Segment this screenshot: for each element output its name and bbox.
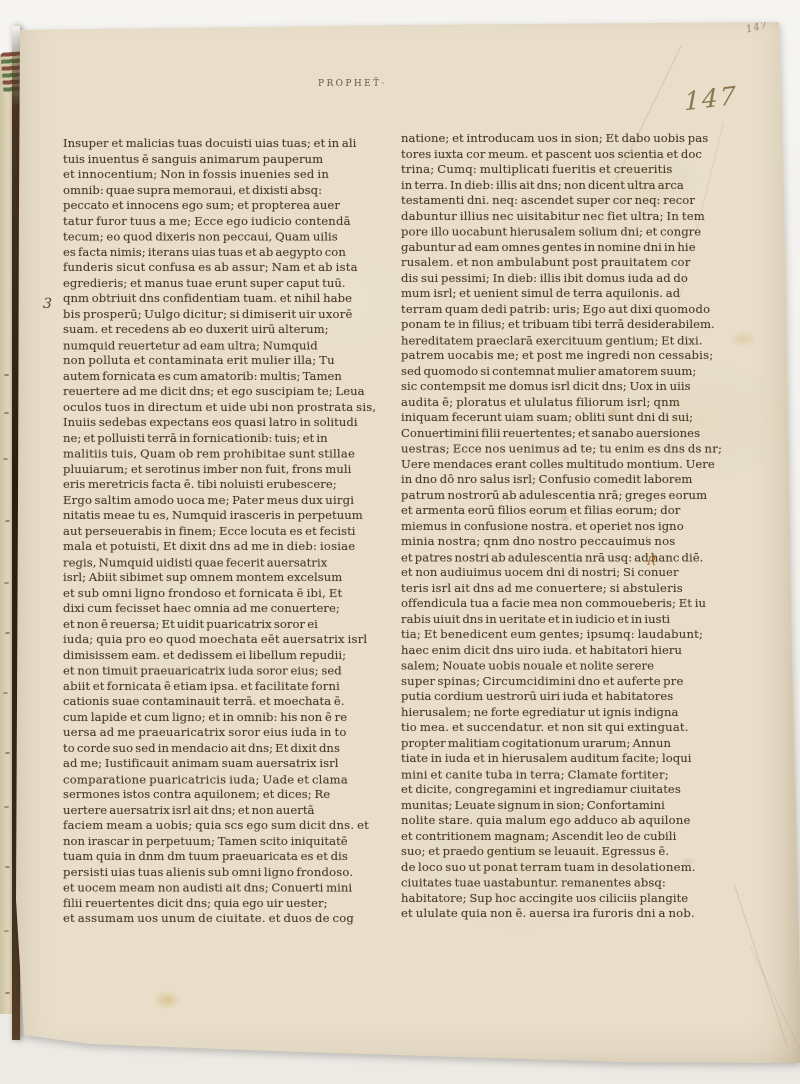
manuscript-text-line: mala et potuisti, Et dixit dns ad me in … (63, 539, 397, 555)
folio-number-ink: 147 (684, 81, 737, 117)
manuscript-text-line: peccato et innocens ego sum; et proptere… (63, 198, 397, 214)
manuscript-text-line: pore illo uocabunt hierusalem solium dni… (401, 224, 747, 240)
manuscript-text-line: minia nostra; qnm dno nostro peccauimus … (401, 534, 747, 550)
manuscript-text-line: uertere auersatrix isrl ait dns; et non … (63, 803, 397, 819)
manuscript-text-line: omnib: quae supra memoraui, et dixisti a… (63, 183, 397, 199)
manuscript-text-line: terram quam dedi patrib: uris; Ego aut d… (401, 302, 747, 318)
manuscript-text-line: rabis uiuit dns in ueritate et in iudici… (401, 612, 747, 628)
running-title: PROPHET̄· (318, 79, 387, 89)
manuscript-text-line: propter malitiam cogitationum urarum; An… (401, 736, 747, 752)
manuscript-text-line: suam. et recedens ab eo duxerit uirū alt… (63, 322, 397, 338)
manuscript-text-line: abiit et fornicata ē etiam ipsa. et faci… (63, 679, 397, 695)
manuscript-text-line: cationis suae contaminauit terrā. et moe… (63, 694, 397, 710)
manuscript-text-line: faciem meam a uobis; quia scs ego sum di… (63, 818, 397, 834)
manuscript-text-line: miemus in confusione nostra. et operiet … (401, 519, 747, 535)
left-text-column: Insuper et malicias tuas docuisti uias t… (63, 136, 397, 927)
manuscript-text-line: offendicula tua a facie mea non commoueb… (401, 596, 747, 612)
manuscript-text-line: teris isrl ait dns ad me conuertere; si … (401, 581, 747, 597)
manuscript-text-line: tiate in iuda et in hierusalem auditum f… (401, 751, 747, 767)
manuscript-text-line: iuda; quia pro eo quod moechata eēt auer… (63, 632, 397, 648)
manuscript-text-line: audita ē; ploratus et ululatus filiorum … (401, 395, 747, 411)
manuscript-text-line: iniquam fecerunt uiam suam; obliti sunt … (401, 410, 747, 426)
manuscript-text-line: et ululate quia non ē. auersa ira furori… (401, 906, 747, 922)
manuscript-text-line: egredieris; et manus tuae erunt super ca… (63, 276, 397, 292)
manuscript-text-line: patrem uocabis me; et post me ingredi no… (401, 348, 747, 364)
manuscript-text-line: dixi cum fecisset haec omnia ad me conue… (63, 601, 397, 617)
manuscript-text-line: et contritionem magnam; Ascendit leo de … (401, 829, 747, 845)
manuscript-text-line: haec enim dicit dns uiro iuda. et habita… (401, 643, 747, 659)
manuscript-text-line: suo; et praedo gentium se leuauit. Egres… (401, 844, 747, 860)
manuscript-text-line: mum isrl; et uenient simul de terra aqui… (401, 286, 747, 302)
manuscript-text-line: dabuntur illius nec uisitabitur nec fiet… (401, 209, 747, 225)
manuscript-text-line: uestras; Ecce nos uenimus ad te; tu enim… (401, 441, 747, 457)
manuscript-text-line: tuam quia in dnm dm tuum praeuaricata es… (63, 849, 397, 865)
manuscript-text-line: sed quomodo si contemnat mulier amatorem… (401, 364, 747, 380)
manuscript-text-line: aut perseuerabis in finem; Ecce locuta e… (63, 524, 397, 540)
photo-background: PROPHET̄· 147 147 3 ’ R Insuper et malic… (0, 0, 800, 1084)
manuscript-text-line: uersa ad me praeuaricatrix soror eius iu… (63, 725, 397, 741)
manuscript-text-line: trina; Cumq: multiplicati fueritis et cr… (401, 162, 747, 178)
manuscript-text-line: tia; Et benedicent eum gentes; ipsumq: l… (401, 627, 747, 643)
manuscript-text-line: comparatione puaricatricis iuda; Uade et… (63, 772, 397, 788)
manuscript-text-line: gabuntur ad eam omnes gentes in nomine d… (401, 240, 747, 256)
parchment-page: PROPHET̄· 147 147 3 ’ R Insuper et malic… (0, 0, 800, 1084)
manuscript-text-line: qnm obtriuit dns confidentiam tuam. et n… (63, 291, 397, 307)
manuscript-text-line: Insuper et malicias tuas docuisti uias t… (63, 136, 397, 152)
manuscript-text-line: de loco suo ut ponat terram tuam in deso… (401, 860, 747, 876)
manuscript-text-line: non irascar in perpetuum; Tamen scito in… (63, 834, 397, 850)
manuscript-text-line: numquid reuertetur ad eam ultra; Numquid (63, 338, 397, 354)
manuscript-text-line: malitiis tuis, Quam ob rem prohibitae su… (63, 446, 397, 462)
manuscript-text-line: et armenta eorū filios eorum et filias e… (401, 503, 747, 519)
manuscript-text-line: ponam te in filius; et tribuam tibi terr… (401, 317, 747, 333)
manuscript-text-line: et patres nostri ab adulescentia nrā usq… (401, 550, 747, 566)
manuscript-text-line: hierusalem; ne forte egrediatur ut ignis… (401, 705, 747, 721)
manuscript-text-line: putia cordium uestrorū uiri iuda et habi… (401, 689, 747, 705)
manuscript-text-line: to corde suo sed in mendacio ait dns; Et… (63, 741, 397, 757)
manuscript-text-line: nitatis meae tu es, Numquid irasceris in… (63, 508, 397, 524)
manuscript-text-line: et sub omni ligno frondoso et fornicata … (63, 586, 397, 602)
manuscript-text-line: tio mea. et succendatur. et non sit qui … (401, 720, 747, 736)
folio-number-pencil: 147 (745, 19, 769, 35)
parchment-crease (750, 946, 800, 1063)
manuscript-text-line: et non timuit praeuaricatrix iuda soror … (63, 663, 397, 679)
manuscript-text-line: tuis inuentus ē sanguis animarum pauperu… (63, 152, 397, 168)
manuscript-text-line: tatur furor tuus a me; Ecce ego iudicio … (63, 214, 397, 230)
manuscript-text-line: testamenti dni. neq: ascendet super cor … (401, 193, 747, 209)
manuscript-text-line: mini et canite tuba in terra; Clamate fo… (401, 767, 747, 783)
manuscript-text-line: et dicite, congregamini et ingrediamur c… (401, 782, 747, 798)
manuscript-text-line: et uocem meam non audisti ait dns; Conue… (63, 880, 397, 896)
manuscript-text-line: patrum nostrorū ab adulescentia nrā; gre… (401, 488, 747, 504)
manuscript-text-line: habitatore; Sup hoc accingite uos cilici… (401, 891, 747, 907)
manuscript-text-line: et assumam uos unum de ciuitate. et duos… (63, 911, 397, 927)
manuscript-text-line: bis prosperū; Uulgo dicitur; si dimiseri… (63, 307, 397, 323)
quire-mark: 3 (43, 296, 53, 312)
manuscript-text-line: ciuitates tuae uastabuntur. remanentes a… (401, 875, 747, 891)
manuscript-text-line: nolite stare. quia malum ego adduco ab a… (401, 813, 747, 829)
manuscript-text-line: eris meretricis facta ē. tibi noluisti e… (63, 477, 397, 493)
manuscript-text-line: dis sui pessimi; In dieb: illis ibit dom… (401, 271, 747, 287)
manuscript-text-line: Ergo saltim amodo uoca me; Pater meus du… (63, 493, 397, 509)
manuscript-text-line: persisti uias tuas alienis sub omni lign… (63, 865, 397, 881)
manuscript-text-line: sermones istos contra aquilonem; et dice… (63, 787, 397, 803)
manuscript-text-line: non polluta et contaminata erit mulier i… (63, 353, 397, 369)
manuscript-text-line: funderis sicut confusa es ab assur; Nam … (63, 260, 397, 276)
manuscript-text-line: salem; Nouate uobis nouale et nolite ser… (401, 658, 747, 674)
manuscript-text-line: hereditatem praeclarā exercituum gentium… (401, 333, 747, 349)
manuscript-text-line: tecum; eo quod dixeris non peccaui, Quam… (63, 229, 397, 245)
manuscript-text-line: ad me; Iustificauit animam suam auersatr… (63, 756, 397, 772)
manuscript-text-line: Uere mendaces erant colles multitudo mon… (401, 457, 747, 473)
manuscript-text-line: isrl; Abiit sibimet sup omnem montem exc… (63, 570, 397, 586)
manuscript-text-line: pluuiarum; et serotinus imber non fuit, … (63, 462, 397, 478)
manuscript-text-line: et innocentium; Non in fossis inuenies s… (63, 167, 397, 183)
right-text-column: natione; et introducam uos in sion; Et d… (401, 131, 747, 922)
manuscript-text-line: sic contempsit me domus isrl dicit dns; … (401, 379, 747, 395)
parchment-stain (152, 990, 182, 1010)
manuscript-text-line: et non audiuimus uocem dni di nostri; Si… (401, 565, 747, 581)
manuscript-text-line: munitas; Leuate signum in sion; Conforta… (401, 798, 747, 814)
manuscript-text-line: Inuiis sedebas expectans eos quasi latro… (63, 415, 397, 431)
manuscript-text-line: ne; et polluisti terrā in fornicationib:… (63, 431, 397, 447)
manuscript-text-line: autem fornicata es cum amatorib: multis;… (63, 369, 397, 385)
manuscript-text-line: Conuertimini filii reuertentes; et sanab… (401, 426, 747, 442)
manuscript-text-line: in terra. In dieb: illis ait dns; non di… (401, 178, 747, 194)
manuscript-text-line: rusalem. et non ambulabunt post prauitat… (401, 255, 747, 271)
manuscript-text-line: tores iuxta cor meum. et pascent uos sci… (401, 147, 747, 163)
manuscript-text-line: es facta nimis; iterans uias tuas et ab … (63, 245, 397, 261)
manuscript-text-line: et non ē reuersa; Et uidit puaricatrix s… (63, 617, 397, 633)
manuscript-text-line: dimisissem eam. et dedissem ei libellum … (63, 648, 397, 664)
manuscript-text-line: in dno dō nro salus isrl; Confusio comed… (401, 472, 747, 488)
manuscript-text-line: filii reuertentes dicit dns; quia ego ui… (63, 896, 397, 912)
page-wrapper: PROPHET̄· 147 147 3 ’ R Insuper et malic… (0, 0, 800, 1084)
manuscript-text-line: oculos tuos in directum et uide ubi non … (63, 400, 397, 416)
manuscript-text-line: regis, Numquid uidisti quae fecerit auer… (63, 555, 397, 571)
manuscript-text-line: cum lapide et cum ligno; et in omnib: hi… (63, 710, 397, 726)
manuscript-text-line: super spinas; Circumcidimini dno et aufe… (401, 674, 747, 690)
manuscript-text-line: natione; et introducam uos in sion; Et d… (401, 131, 747, 147)
manuscript-text-line: reuertere ad me dicit dns; et ego suscip… (63, 384, 397, 400)
